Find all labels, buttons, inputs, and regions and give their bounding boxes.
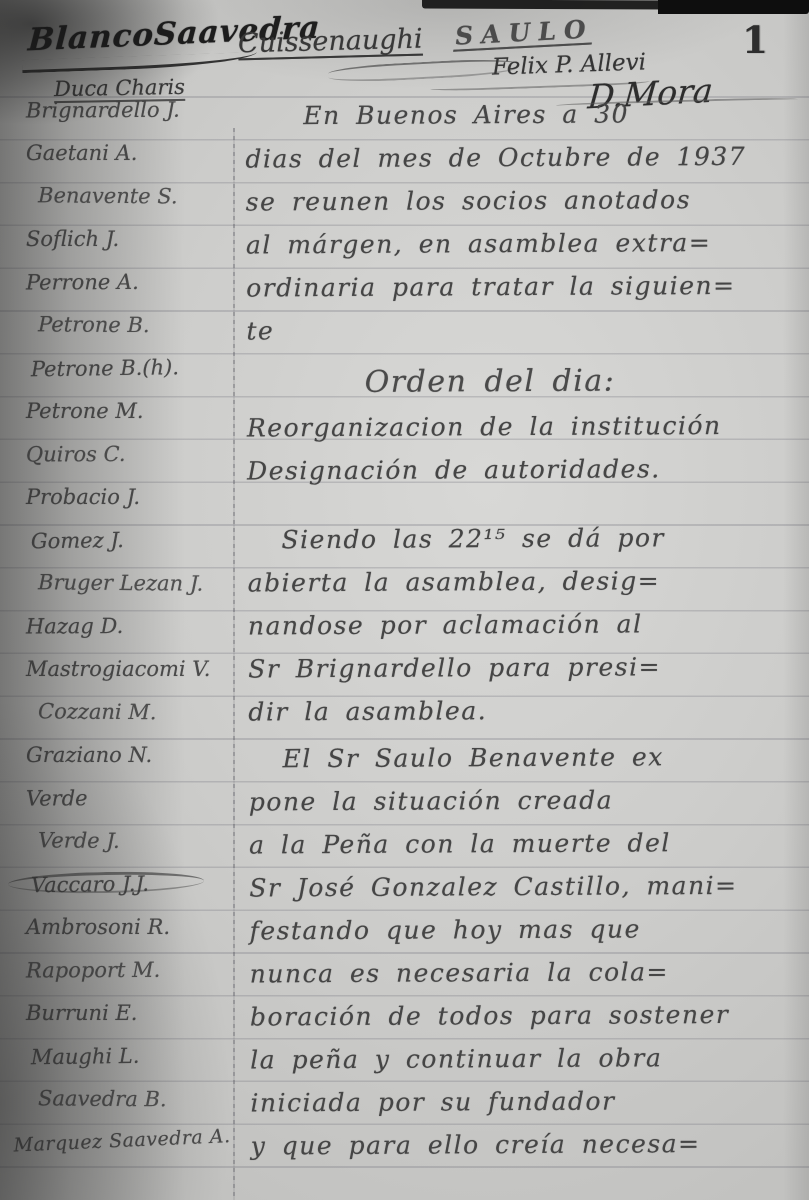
margin-name: Hazag D.: [12, 613, 237, 657]
annotation-saulo: SAULO: [453, 14, 595, 50]
handwriting-line: te: [246, 314, 802, 360]
handwriting-line: pone la situación creada: [249, 785, 805, 831]
margin-name: Quiros C.: [12, 441, 237, 485]
margin-name: Verde: [12, 785, 237, 829]
handwriting-line: El Sr Saulo Benavente ex: [249, 742, 805, 788]
handwriting-line: al márgen, en asamblea extra=: [246, 228, 802, 274]
handwriting-line: se reunen los socios anotados: [246, 185, 802, 231]
margin-name: Mastrogiacomi V.: [12, 657, 237, 700]
handwriting-line: En Buenos Aires a 30: [245, 99, 801, 145]
handwriting-line: Reorganizacion de la institución: [247, 411, 803, 457]
handwriting-line: dir la asamblea.: [248, 695, 804, 741]
margin-name: Gomez J.: [17, 526, 243, 572]
handwriting-line: ordinaria para tratar la siguien=: [246, 271, 802, 317]
margin-name: Maughi L.: [17, 1042, 243, 1088]
handwriting-line: Designación de autoridades.: [247, 454, 803, 500]
handwriting-line: Sr José Gonzalez Castillo, mani=: [249, 871, 805, 917]
margin-name: Petrone M.: [12, 399, 237, 442]
margin-name: Soflich J.: [12, 227, 237, 270]
handwriting-line: nunca es necesaria la cola=: [250, 957, 806, 1003]
handwriting-line: a la Peña con la muerte del: [249, 828, 805, 874]
minutes-body-text: En Buenos Aires a 30 dias del mes de Oct…: [245, 99, 807, 1175]
handwriting-line: nandose por aclamación al: [248, 609, 804, 655]
margin-name: Petrone B.(h).: [17, 354, 243, 400]
margin-name: Cozzani M.: [24, 699, 249, 744]
handwriting-line: abierta la asamblea, desig=: [248, 566, 804, 612]
margin-names-column: Brignardello J. Gaetani A. Benavente S. …: [12, 98, 237, 1173]
margin-name: Brignardello J.: [12, 97, 237, 141]
margin-name: Verde J.: [24, 828, 249, 873]
margin-name: Marquez Saavedra A.: [0, 1125, 238, 1178]
margin-name: Gaetani A.: [12, 141, 237, 184]
margin-name: Graziano N.: [12, 743, 237, 786]
handwriting-line: festando que hoy mas que: [249, 914, 805, 960]
margin-name: Petrone B.: [24, 312, 249, 357]
handwriting-line: dias del mes de Octubre de 1937: [245, 142, 801, 188]
handwriting-line: boración de todos para sostener: [250, 1000, 806, 1046]
margin-name: Probacio J.: [12, 485, 237, 528]
handwriting-line: la peña y continuar la obra: [250, 1043, 806, 1089]
annotation-cuissenaughi: Cuissenaughi: [238, 24, 423, 60]
margin-name: Rapoport M.: [12, 957, 237, 1001]
handwriting-line: Siendo las 22¹⁵ se dá por: [247, 523, 803, 569]
handwriting-line: Sr Brignardello para presi=: [248, 652, 804, 698]
margin-name: Bruger Lezan J.: [24, 570, 249, 615]
handwriting-line: y que para ello creía necesa=: [251, 1129, 807, 1175]
scan-edge-top-right: [658, 0, 809, 14]
scan-edge-top: [422, 0, 674, 10]
margin-name: Benavente S.: [24, 183, 249, 228]
margin-name: Burruni E.: [12, 1001, 237, 1044]
page-number: 1: [742, 18, 768, 62]
margin-name: Ambrosoni R.: [12, 915, 237, 958]
scanned-manuscript-page: BlancoSaavedra Duca Charis Cuissenaughi …: [0, 0, 809, 1200]
handwriting-line: iniciada por su fundador: [250, 1086, 806, 1132]
margin-name: Saavedra B.: [24, 1086, 249, 1131]
margin-name: Perrone A.: [12, 269, 237, 313]
orden-del-dia-heading: Orden del dia:: [247, 363, 803, 414]
